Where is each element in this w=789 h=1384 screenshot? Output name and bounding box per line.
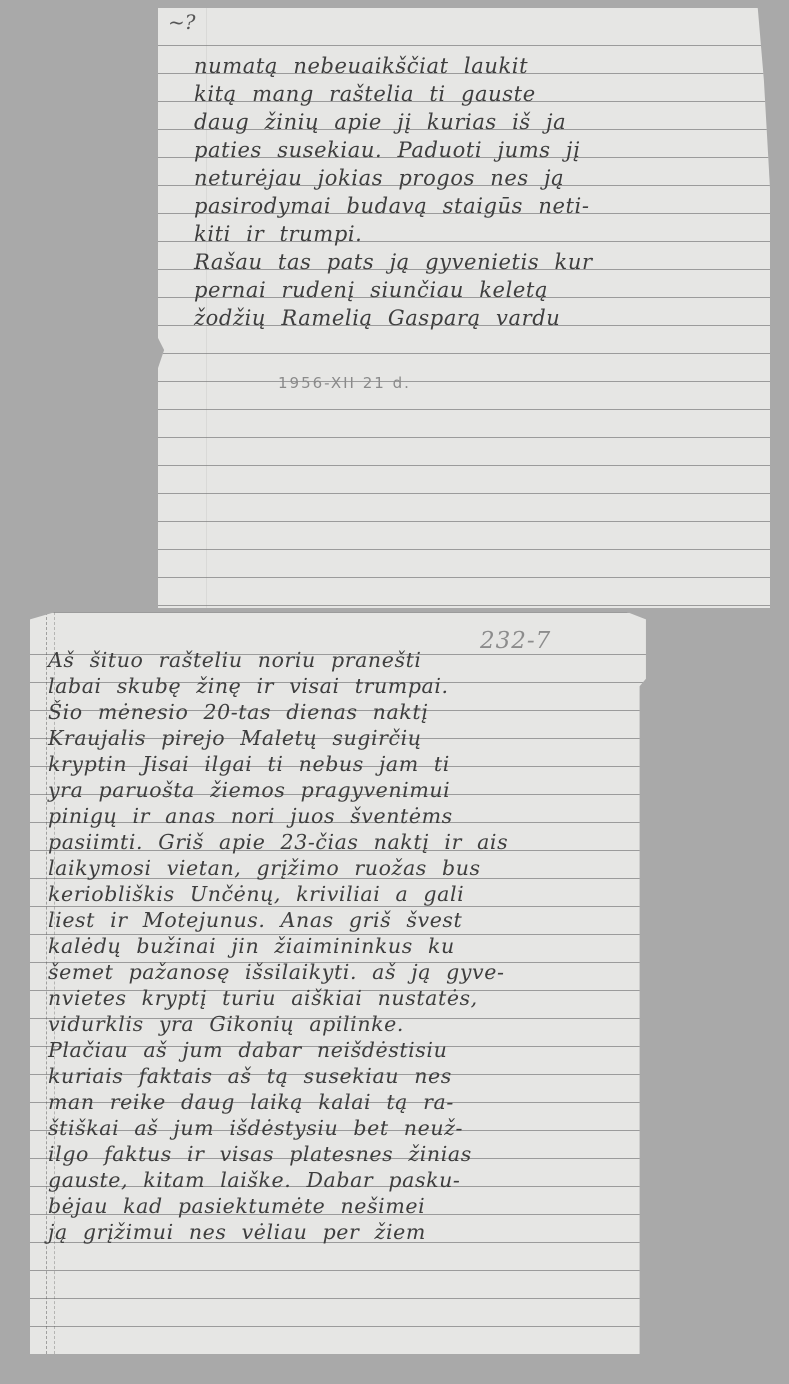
text-line: kuriais faktais aš tą susekiau nes — [48, 1063, 508, 1089]
text-line: nvietes kryptį turiu aiškiai nustatės, — [48, 985, 508, 1011]
text-line: Aš šituo rašteliu noriu pranešti — [48, 647, 508, 673]
text-line: pasiimti. Griš apie 23-čias naktį ir ais — [48, 829, 508, 855]
text-line: numatą nebeuaikščiat laukit — [194, 52, 593, 80]
text-line: laikymosi vietan, grįžimo ruožas bus — [48, 855, 508, 881]
text-line: vidurklis yra Gikonių apilinke. — [48, 1011, 508, 1037]
text-line: ilgo faktus ir visas platesnes žinias — [48, 1141, 508, 1167]
text-line: paties susekiau. Paduoti jums jį — [194, 136, 593, 164]
date-stamp: 1956-XII 21 d. — [278, 374, 411, 392]
text-line: kalėdų bužinai jin žiaimininkus ku — [48, 933, 508, 959]
text-line: pasirodymai budavą staigūs neti- — [194, 192, 593, 220]
text-line: štiškai aš jum išdėstysiu bet neuž- — [48, 1115, 508, 1141]
text-line: yra paruošta žiemos pragyvenimui — [48, 777, 508, 803]
text-line: neturėjau jokias progos nes ją — [194, 164, 593, 192]
text-line: bėjau kad pasiektumėte nešimei — [48, 1193, 508, 1219]
text-line: man reike daug laiką kalai tą ra- — [48, 1089, 508, 1115]
text-line: Plačiau aš jum dabar neišdėstisiu — [48, 1037, 508, 1063]
text-line: labai skubę žinę ir visai trumpai. — [48, 673, 508, 699]
text-line: keriobliškis Unčėnų, kriviliai a gali — [48, 881, 508, 907]
text-line: Kraujalis pirejo Maletų sugirčių — [48, 725, 508, 751]
text-line: šemet pažanosę išsilaikyti. aš ją gyve- — [48, 959, 508, 985]
text-line: pernai rudenį siunčiau keletą — [194, 276, 593, 304]
corner-mark: ~? — [168, 14, 195, 30]
text-line: liest ir Motejunus. Anas griš švest — [48, 907, 508, 933]
top-note-text: numatą nebeuaikščiat laukit kitą mang ra… — [194, 52, 593, 332]
text-line: kryptin Jisai ilgai ti nebus jam ti — [48, 751, 508, 777]
top-note-sheet: ~? numatą nebeuaikščiat laukit kitą mang… — [158, 8, 770, 608]
text-line: daug žinių apie jį kurias iš ja — [194, 108, 593, 136]
text-line: ją grįžimui nes vėliau per žiem — [48, 1219, 508, 1245]
text-line: kiti ir trumpi. — [194, 220, 593, 248]
bottom-note-sheet: 232-7 Aš šituo rašteliu noriu pranešti l… — [30, 612, 665, 1354]
text-line: Rašau tas pats ją gyvenietis kur — [194, 248, 593, 276]
text-line: Šio mėnesio 20-tas dienas naktį — [48, 699, 508, 725]
text-line: gauste, kitam laiške. Dabar pasku- — [48, 1167, 508, 1193]
bottom-note-text: Aš šituo rašteliu noriu pranešti labai s… — [48, 647, 508, 1245]
text-line: kitą mang raštelia ti gauste — [194, 80, 593, 108]
text-line: žodžių Ramelią Gasparą vardu — [194, 304, 593, 332]
text-line: pinigų ir anas nori juos šventėms — [48, 803, 508, 829]
